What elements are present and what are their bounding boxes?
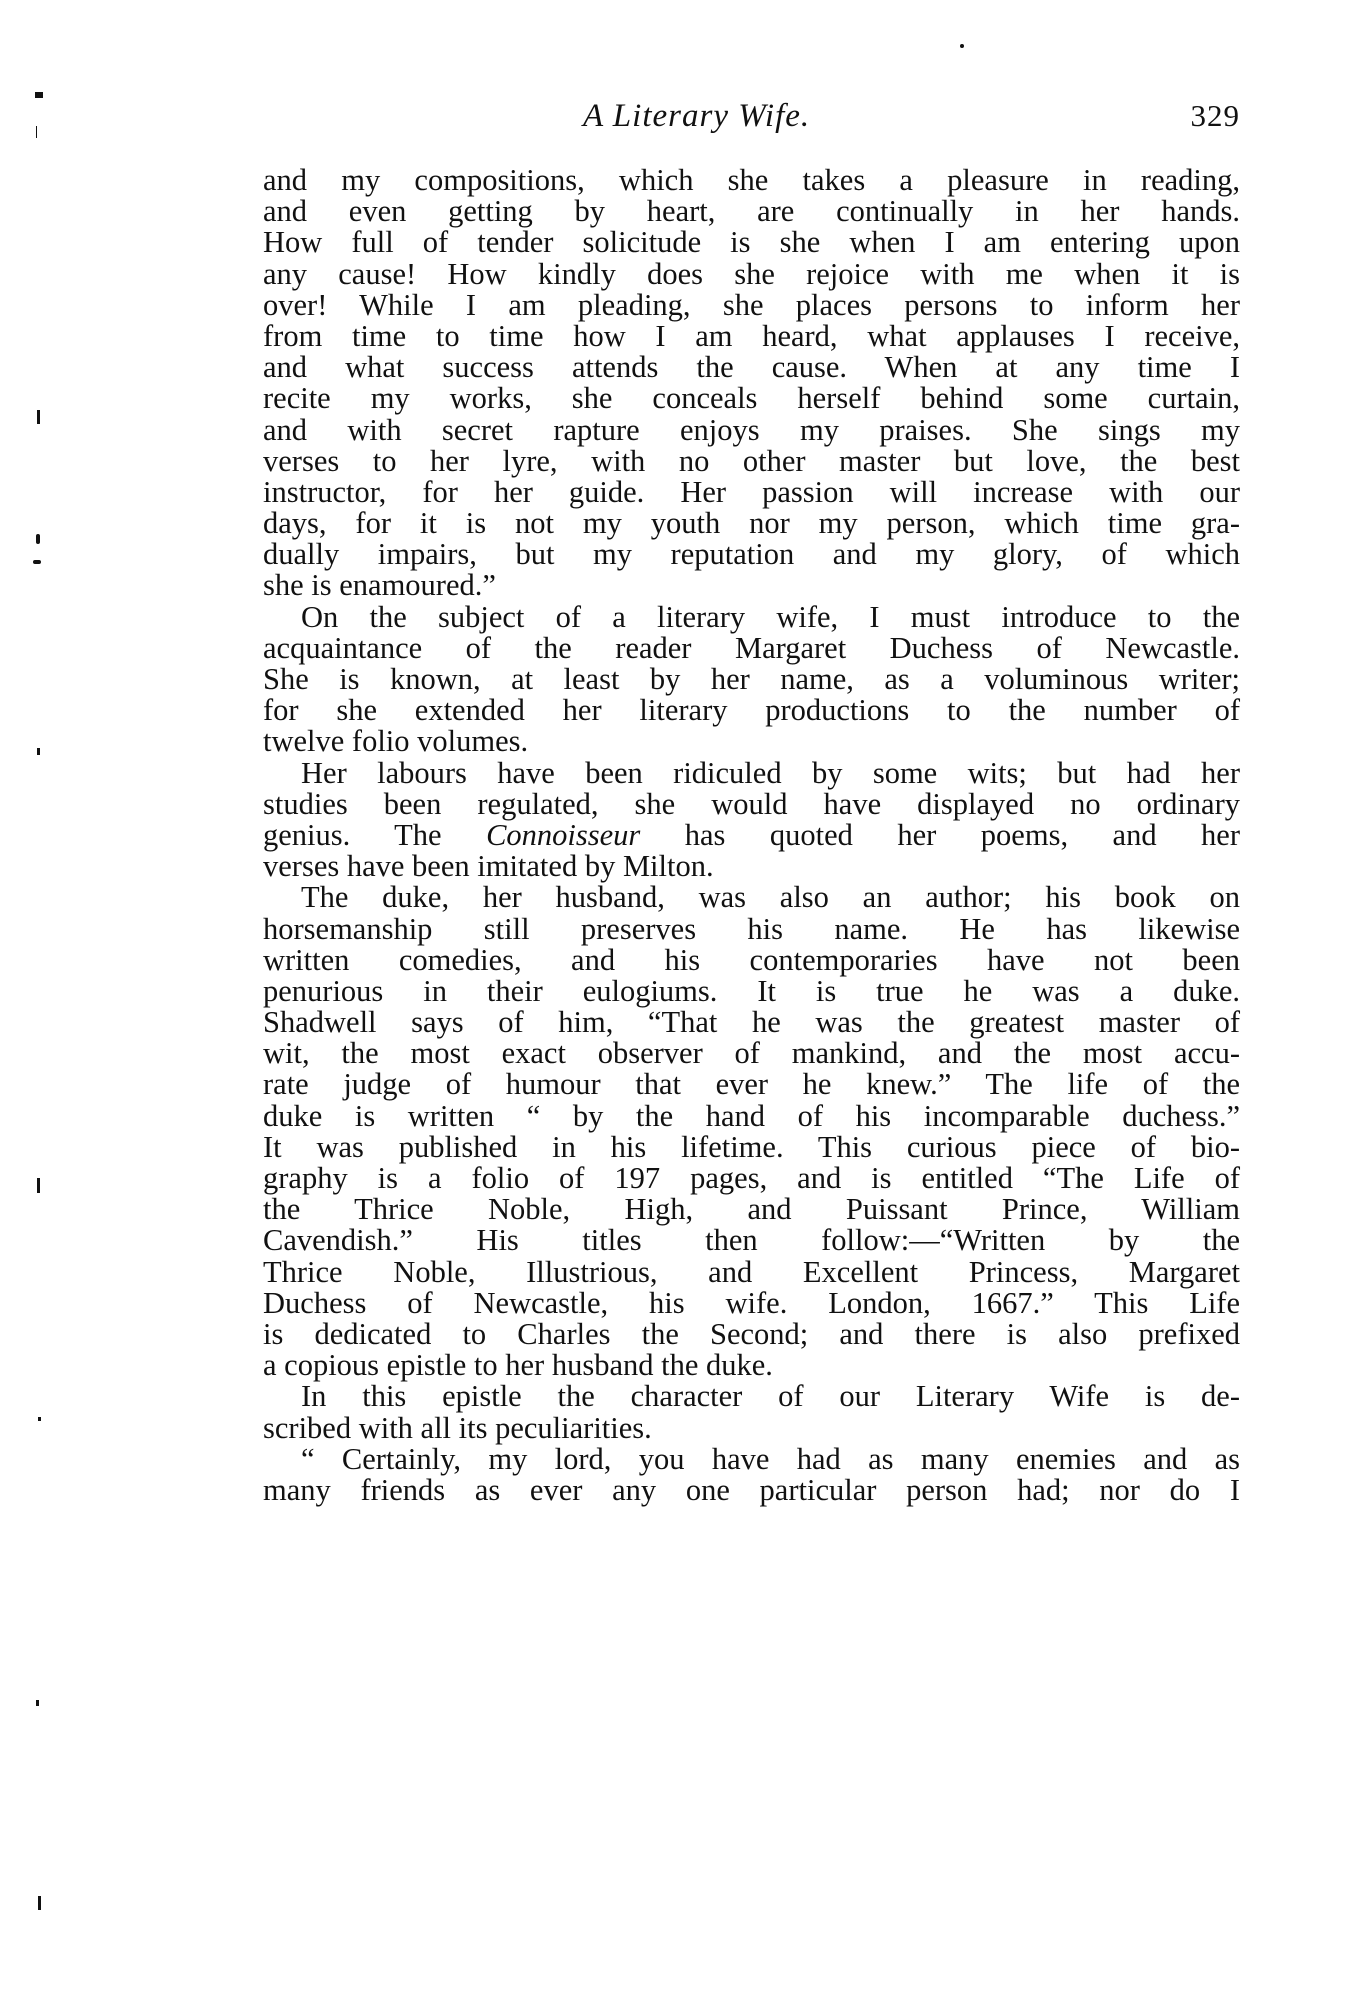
italic-title: Connoisseur	[486, 818, 640, 852]
text-line: Shadwell says of him, “That he was the g…	[263, 1007, 1240, 1038]
scan-artifact	[38, 1896, 41, 1910]
text-line: verses have been imitated by Milton.	[263, 851, 1240, 882]
text-line: instructor, for her guide. Her passion w…	[263, 477, 1240, 508]
text-line: It was published in his lifetime. This c…	[263, 1132, 1240, 1163]
paragraph: In this epistle the character of our Lit…	[263, 1381, 1240, 1443]
running-title: A Literary Wife.	[583, 98, 810, 135]
body-text: and my compositions, which she takes a p…	[263, 165, 1240, 1506]
scan-artifact	[960, 44, 964, 48]
text-line: studies been regulated, she would have d…	[263, 789, 1240, 820]
text-line: verses to her lyre, with no other master…	[263, 446, 1240, 477]
paragraph: On the subject of a literary wife, I mus…	[263, 602, 1240, 758]
text-line: any cause! How kindly does she rejoice w…	[263, 259, 1240, 290]
paragraph: The duke, her husband, was also an autho…	[263, 882, 1240, 1381]
text-line: and with secret rapture enjoys my praise…	[263, 415, 1240, 446]
page-number: 329	[1191, 98, 1241, 134]
text-run: genius. The	[263, 818, 486, 852]
scan-artifact	[37, 748, 40, 755]
text-line: How full of tender solicitude is she whe…	[263, 227, 1240, 258]
paragraph: Her labours have been ridiculed by some …	[263, 758, 1240, 883]
text-line: graphy is a folio of 197 pages, and is e…	[263, 1163, 1240, 1194]
text-line: penurious in their eulogiums. It is true…	[263, 976, 1240, 1007]
text-line: many friends as ever any one particular …	[263, 1475, 1240, 1506]
scan-artifact	[36, 126, 37, 138]
text-line: written comedies, and his contemporaries…	[263, 945, 1240, 976]
text-line: acquaintance of the reader Margaret Duch…	[263, 633, 1240, 664]
text-line: On the subject of a literary wife, I mus…	[263, 602, 1240, 633]
text-line: horsemanship still preserves his name. H…	[263, 914, 1240, 945]
text-line: the Thrice Noble, High, and Puissant Pri…	[263, 1194, 1240, 1225]
text-line: dually impairs, but my reputation and my…	[263, 539, 1240, 570]
text-line: scribed with all its peculiarities.	[263, 1413, 1240, 1444]
text-line: “ Certainly, my lord, you have had as ma…	[263, 1444, 1240, 1475]
text-line: Cavendish.” His titles then follow:—“Wri…	[263, 1225, 1240, 1256]
text-line: In this epistle the character of our Lit…	[263, 1381, 1240, 1412]
text-line: twelve folio volumes.	[263, 726, 1240, 757]
text-line: rate judge of humour that ever he knew.”…	[263, 1069, 1240, 1100]
text-line: over! While I am pleading, she places pe…	[263, 290, 1240, 321]
scan-artifact	[36, 1700, 39, 1706]
text-line: is dedicated to Charles the Second; and …	[263, 1319, 1240, 1350]
paragraph: and my compositions, which she takes a p…	[263, 165, 1240, 602]
text-line: and even getting by heart, are continual…	[263, 196, 1240, 227]
scan-artifact	[35, 92, 43, 98]
text-line: genius. The Connoisseur has quoted her p…	[263, 820, 1240, 851]
text-line: The duke, her husband, was also an autho…	[263, 882, 1240, 913]
scan-artifact	[37, 410, 40, 424]
text-line: days, for it is not my youth nor my pers…	[263, 508, 1240, 539]
scan-artifact	[33, 560, 41, 564]
scan-artifact	[38, 1417, 41, 1421]
text-line: wit, the most exact observer of mankind,…	[263, 1038, 1240, 1069]
text-line: Thrice Noble, Illustrious, and Excellent…	[263, 1257, 1240, 1288]
text-line: a copious epistle to her husband the duk…	[263, 1350, 1240, 1381]
text-line: and my compositions, which she takes a p…	[263, 165, 1240, 196]
text-line: duke is written “ by the hand of his inc…	[263, 1101, 1240, 1132]
scan-artifact	[37, 1178, 40, 1193]
text-line: for she extended her literary production…	[263, 695, 1240, 726]
text-line: she is enamoured.”	[263, 570, 1240, 601]
text-line: She is known, at least by her name, as a…	[263, 664, 1240, 695]
text-line: recite my works, she conceals herself be…	[263, 383, 1240, 414]
scan-artifact	[36, 534, 40, 544]
text-line: from time to time how I am heard, what a…	[263, 321, 1240, 352]
paragraph: “ Certainly, my lord, you have had as ma…	[263, 1444, 1240, 1506]
text-line: Her labours have been ridiculed by some …	[263, 758, 1240, 789]
text-line: and what success attends the cause. When…	[263, 352, 1240, 383]
text-run: has quoted her poems, and her	[640, 818, 1240, 852]
text-line: Duchess of Newcastle, his wife. London, …	[263, 1288, 1240, 1319]
running-head: A Literary Wife. 329	[263, 98, 1240, 138]
